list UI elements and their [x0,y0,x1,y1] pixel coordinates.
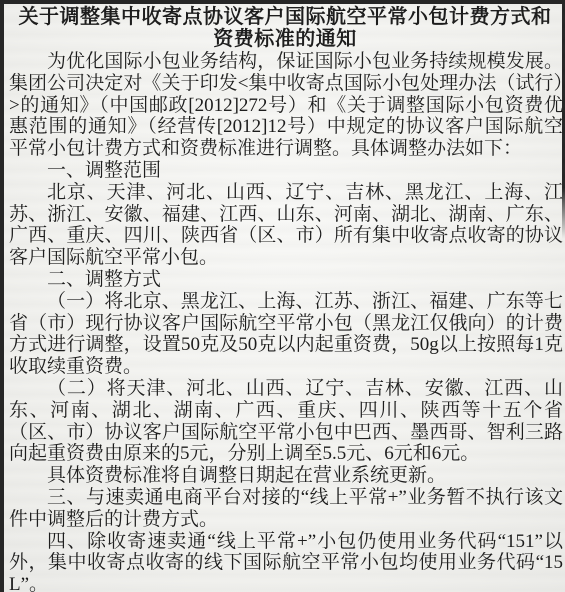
section-2-heading: 二、调整方式 [9,269,563,291]
section-1-scope: 北京、天津、河北、山西、辽宁、吉林、黑龙江、上海、江苏、浙江、安徽、福建、江西、… [9,182,563,269]
paragraph-intro: 为优化国际小包业务结构，保证国际小包业务持续规模发展。集团公司决定对《关于印发<… [9,51,563,160]
section-1-heading: 一、调整范围 [9,160,563,182]
section-2-item-2: （二）将天津、河北、山西、辽宁、吉林、安徽、江西、山东、河南、湖北、湖南、广西、… [9,378,563,465]
section-3-online-normal: 三、与速卖通电商平台对接的“线上平常+”业务暂不执行该文件中调整后的计费方式。 [9,487,563,531]
document-body: 为优化国际小包业务结构，保证国际小包业务持续规模发展。集团公司决定对《关于印发<… [9,51,563,592]
section-2-item-1: （一）将北京、黑龙江、上海、江苏、浙江、福建、广东等七省（市）现行协议客户国际航… [9,291,563,378]
section-4-business-codes: 四、除收寄速卖通“线上平常+”小包仍使用业务代码“151”以外，集中收寄点收寄的… [9,531,563,592]
section-2-system-note: 具体资费标准将自调整日期起在营业系统更新。 [9,465,563,487]
scanned-notice-page: 关于调整集中收寄点协议客户国际航空平常小包计费方式和资费标准的通知 为优化国际小… [0,0,565,592]
document-title: 关于调整集中收寄点协议客户国际航空平常小包计费方式和资费标准的通知 [11,6,559,50]
